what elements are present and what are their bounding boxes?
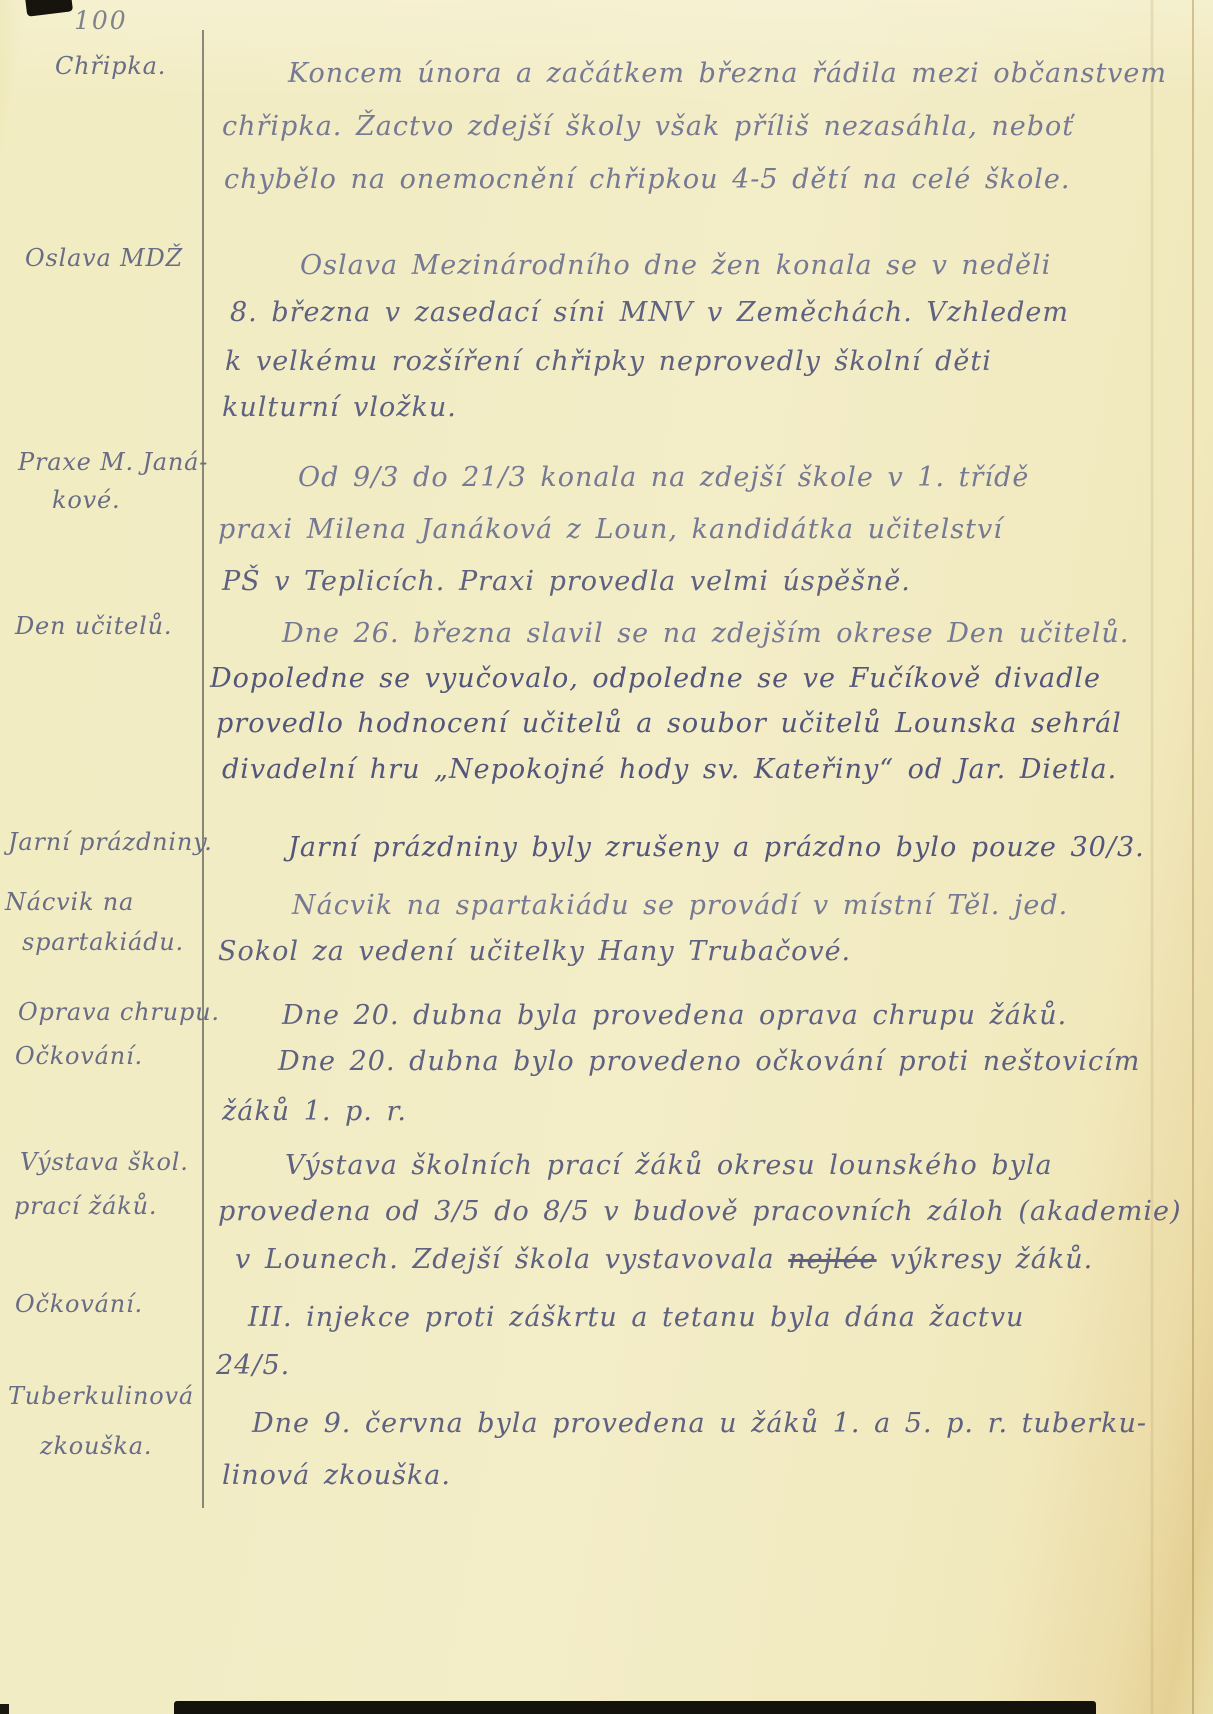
margin-heading: zkouška.: [40, 1432, 152, 1460]
margin-heading: kové.: [52, 486, 120, 514]
text-line: Sokol za vedení učitelky Hany Trubačové.: [218, 936, 851, 967]
text-line: Dne 20. dubna byla provedena oprava chru…: [282, 1000, 1067, 1031]
text-line: III. injekce proti záškrtu a tetanu byla…: [248, 1302, 1024, 1333]
chronicle-page: 100 Chřipka. Koncem února a začátkem bře…: [0, 0, 1213, 1714]
text-line: Koncem února a začátkem března řádila me…: [288, 58, 1167, 89]
text-line: kulturní vložku.: [222, 392, 457, 423]
scan-artifact-bottom-left: [0, 1704, 9, 1714]
text-line: provedlo hodnocení učitelů a soubor učit…: [216, 708, 1122, 739]
struck-word: nejlée: [788, 1244, 876, 1275]
text-line: Dne 9. června byla provedena u žáků 1. a…: [252, 1408, 1147, 1439]
margin-heading: Oprava chrupu.: [18, 998, 220, 1026]
text-line: Dne 26. března slavil se na zdejším okre…: [282, 618, 1129, 649]
text-line: Nácvik na spartakiádu se provádí v místn…: [292, 890, 1068, 921]
margin-heading: Výstava škol.: [20, 1148, 189, 1176]
margin-heading: Nácvik na: [5, 888, 134, 916]
text-line: 24/5.: [216, 1350, 290, 1381]
paper-crease: [1150, 0, 1154, 1714]
text-line: PŠ v Teplicích. Praxi provedla velmi úsp…: [222, 566, 911, 597]
text-line: divadelní hru „Nepokojné hody sv. Kateři…: [222, 754, 1117, 785]
text-line: Dne 20. dubna bylo provedeno očkování pr…: [278, 1046, 1140, 1077]
margin-rule: [202, 30, 204, 1508]
margin-heading: Den učitelů.: [15, 612, 172, 640]
text-line: chřipka. Žactvo zdejší školy však příliš…: [222, 111, 1074, 142]
text-line: k velkému rozšíření chřipky neprovedly š…: [225, 346, 992, 377]
text-line: Výstava školních prací žáků okresu louns…: [285, 1150, 1053, 1181]
text-line: Dopoledne se vyučovalo, odpoledne se ve …: [210, 663, 1101, 694]
scan-artifact-bottom: [174, 1701, 1096, 1714]
text-segment: v Lounech. Zdejší škola vystavovala: [235, 1244, 788, 1275]
text-line: Jarní prázdniny byly zrušeny a prázdno b…: [288, 832, 1145, 863]
page-edge-line: [1192, 0, 1194, 1714]
margin-heading: prací žáků.: [14, 1192, 157, 1220]
text-line-with-strikethrough: v Lounech. Zdejší škola vystavovala nejl…: [235, 1244, 1093, 1275]
margin-heading: Chřipka.: [55, 52, 166, 80]
text-line: praxi Milena Janáková z Loun, kandidátka…: [218, 514, 1003, 545]
margin-heading: Očkování.: [15, 1042, 143, 1070]
scan-artifact-top-left: [25, 0, 73, 17]
text-line: žáků 1. p. r.: [222, 1096, 407, 1127]
page-number: 100: [74, 6, 128, 35]
text-line: 8. března v zasedací síni MNV v Zeměchác…: [230, 297, 1069, 328]
text-line: provedena od 3/5 do 8/5 v budově pracovn…: [218, 1196, 1182, 1227]
margin-heading: Oslava MDŽ: [25, 244, 183, 272]
text-line: Od 9/3 do 21/3 konala na zdejší škole v …: [298, 462, 1029, 493]
margin-heading: Očkování.: [15, 1290, 143, 1318]
text-line: chybělo na onemocnění chřipkou 4-5 dětí …: [224, 164, 1071, 195]
text-segment: výkresy žáků.: [877, 1244, 1094, 1275]
text-line: linová zkouška.: [222, 1460, 451, 1491]
margin-heading: spartakiádu.: [22, 928, 184, 956]
margin-heading: Praxe M. Janá-: [18, 448, 208, 476]
text-line: Oslava Mezinárodního dne žen konala se v…: [300, 250, 1051, 281]
margin-heading: Tuberkulinová: [8, 1382, 194, 1410]
margin-heading: Jarní prázdniny.: [8, 828, 213, 856]
